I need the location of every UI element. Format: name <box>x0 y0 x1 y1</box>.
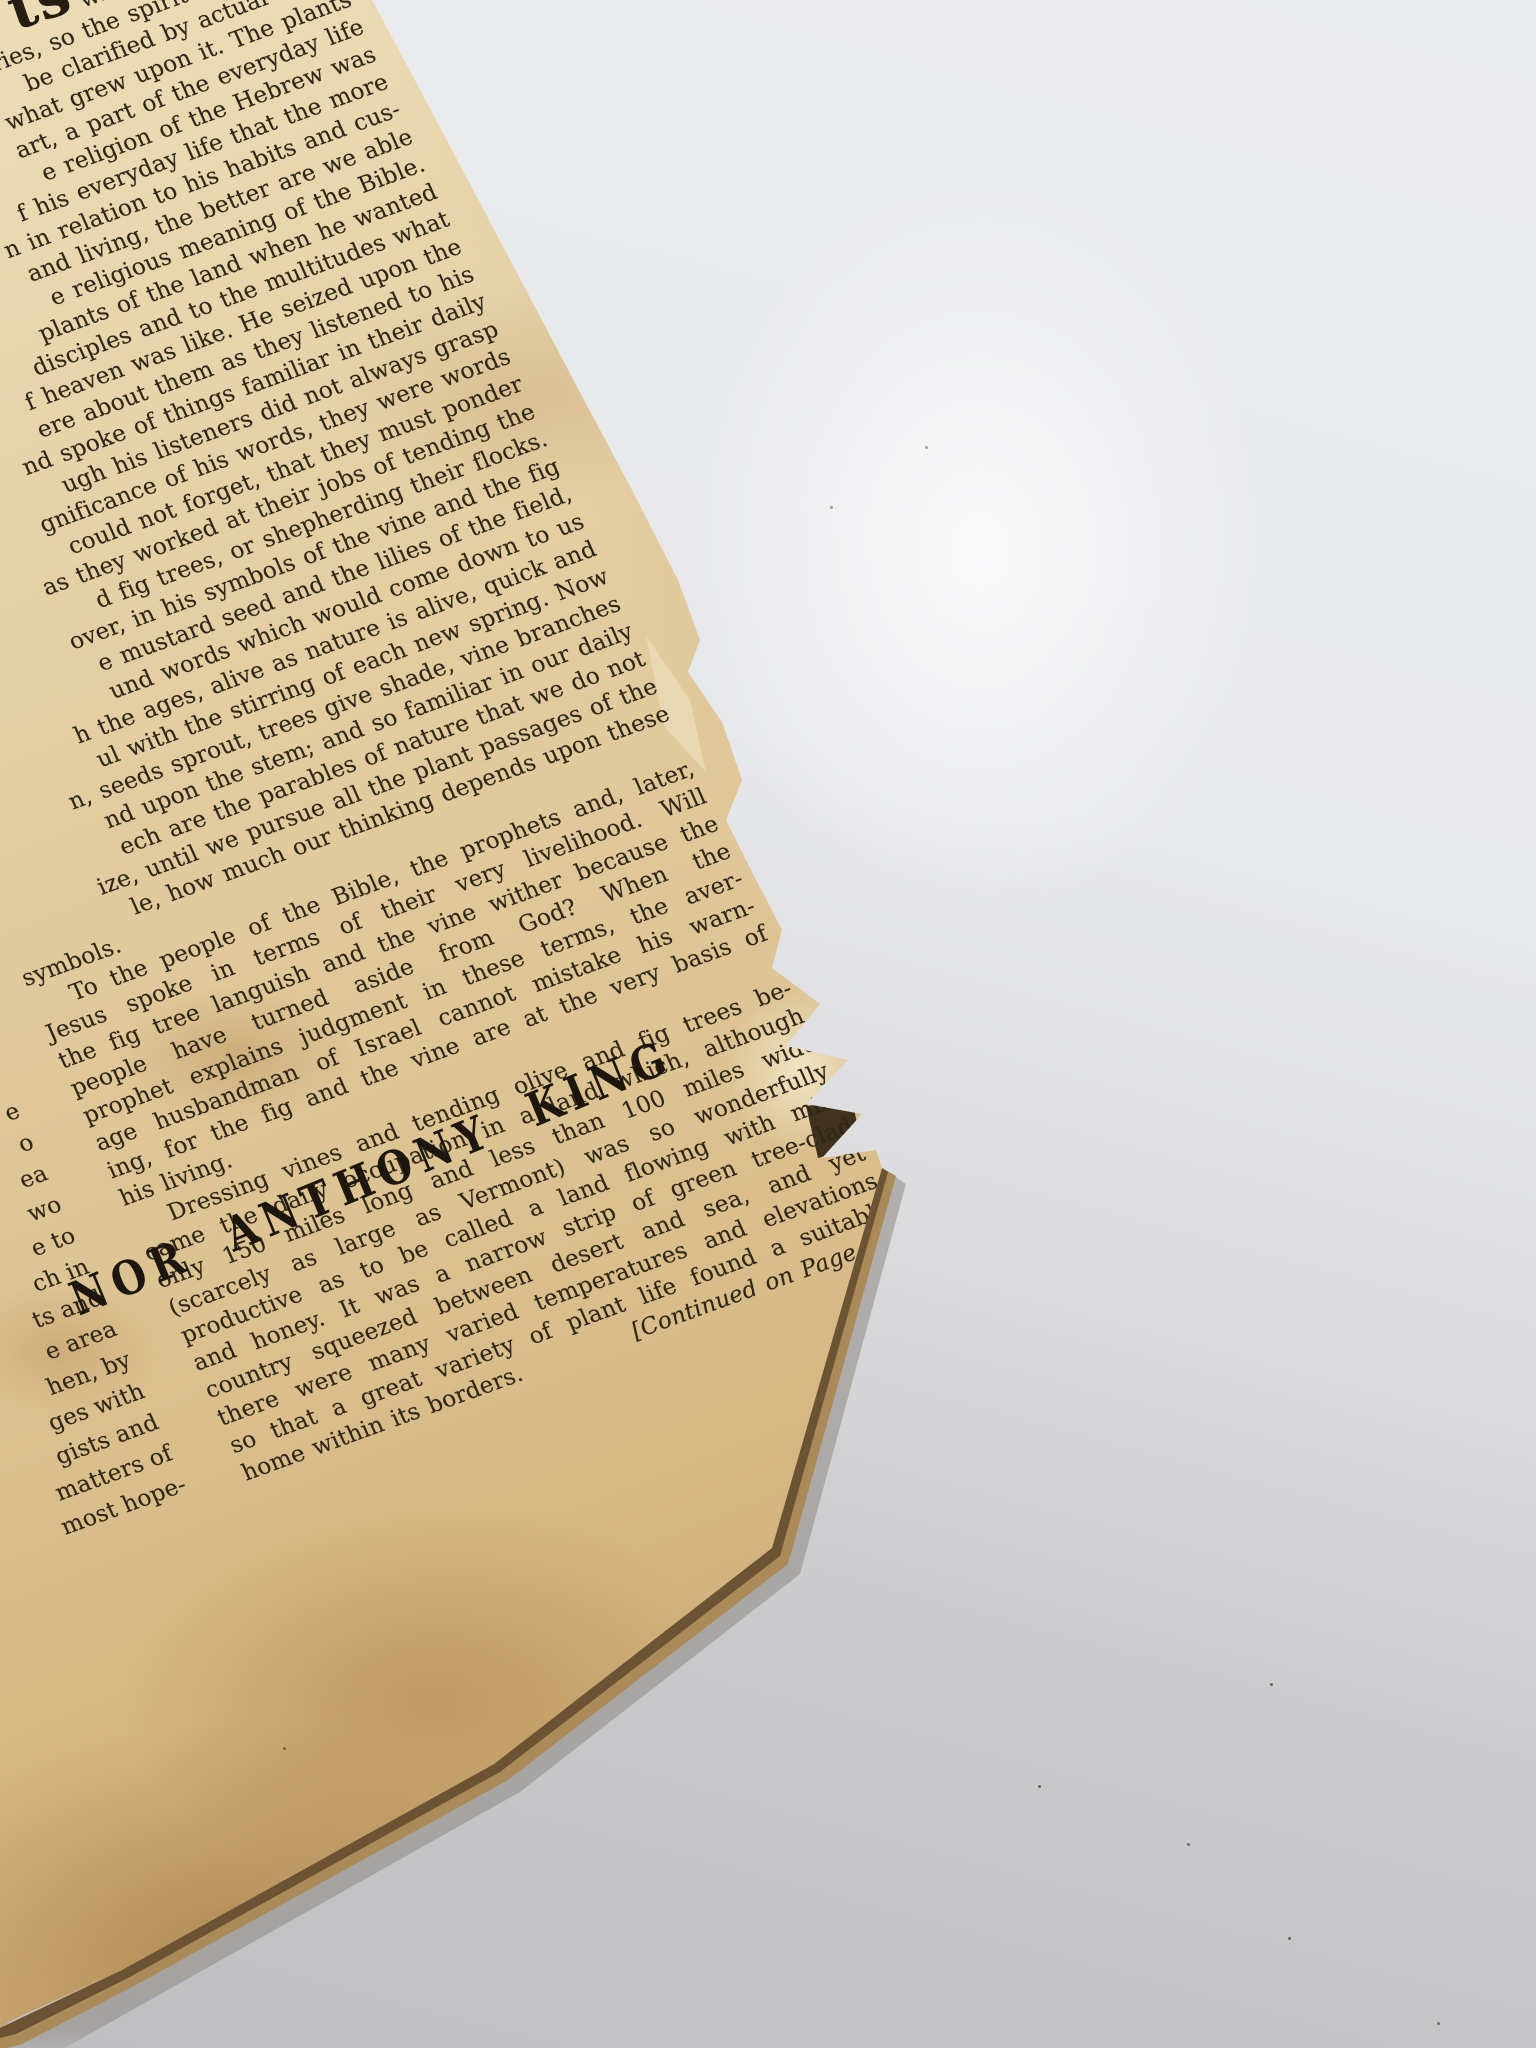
magazine-page: ts with the countrysideries, so the spir… <box>0 0 1536 2048</box>
photo-scene: ts with the countrysideries, so the spir… <box>0 0 1536 2048</box>
